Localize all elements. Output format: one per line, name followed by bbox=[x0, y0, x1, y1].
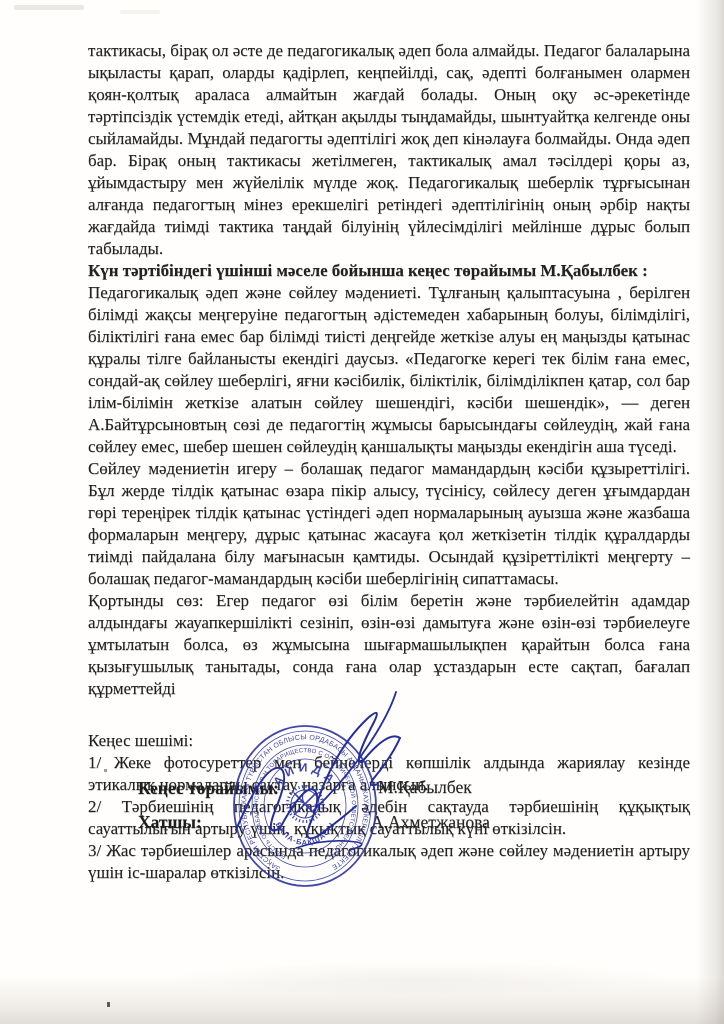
body-paragraph-2: Педагогикалық әдеп және сөйлеу мәдениеті… bbox=[88, 282, 690, 458]
scan-bottom-shadow bbox=[0, 976, 724, 1024]
scan-bottom-gradient bbox=[160, 962, 680, 996]
handwritten-signatures bbox=[218, 678, 488, 908]
secretary-signature-stroke bbox=[236, 768, 356, 839]
scan-smudge bbox=[14, 5, 84, 10]
signature-flourish bbox=[296, 841, 362, 850]
scan-edge-shade bbox=[696, 0, 724, 1024]
secretary-signature-label: Хатшы: bbox=[138, 812, 202, 833]
chair-signature-stroke bbox=[314, 692, 396, 810]
chair-signature-stroke bbox=[318, 713, 400, 800]
body-paragraph-3: Сөйлеу мәдениетін игеру – болашақ педаго… bbox=[88, 458, 690, 590]
agenda-heading: Күн тәртібіндегі үшінші мәселе бойынша к… bbox=[88, 260, 690, 282]
scanned-document-page: тактикасы, бірақ ол әсте де педагогикалы… bbox=[0, 0, 724, 1024]
scan-speck bbox=[107, 1002, 110, 1007]
body-paragraph-1: тактикасы, бірақ ол әсте де педагогикалы… bbox=[88, 40, 690, 260]
scan-smudge bbox=[120, 10, 160, 14]
